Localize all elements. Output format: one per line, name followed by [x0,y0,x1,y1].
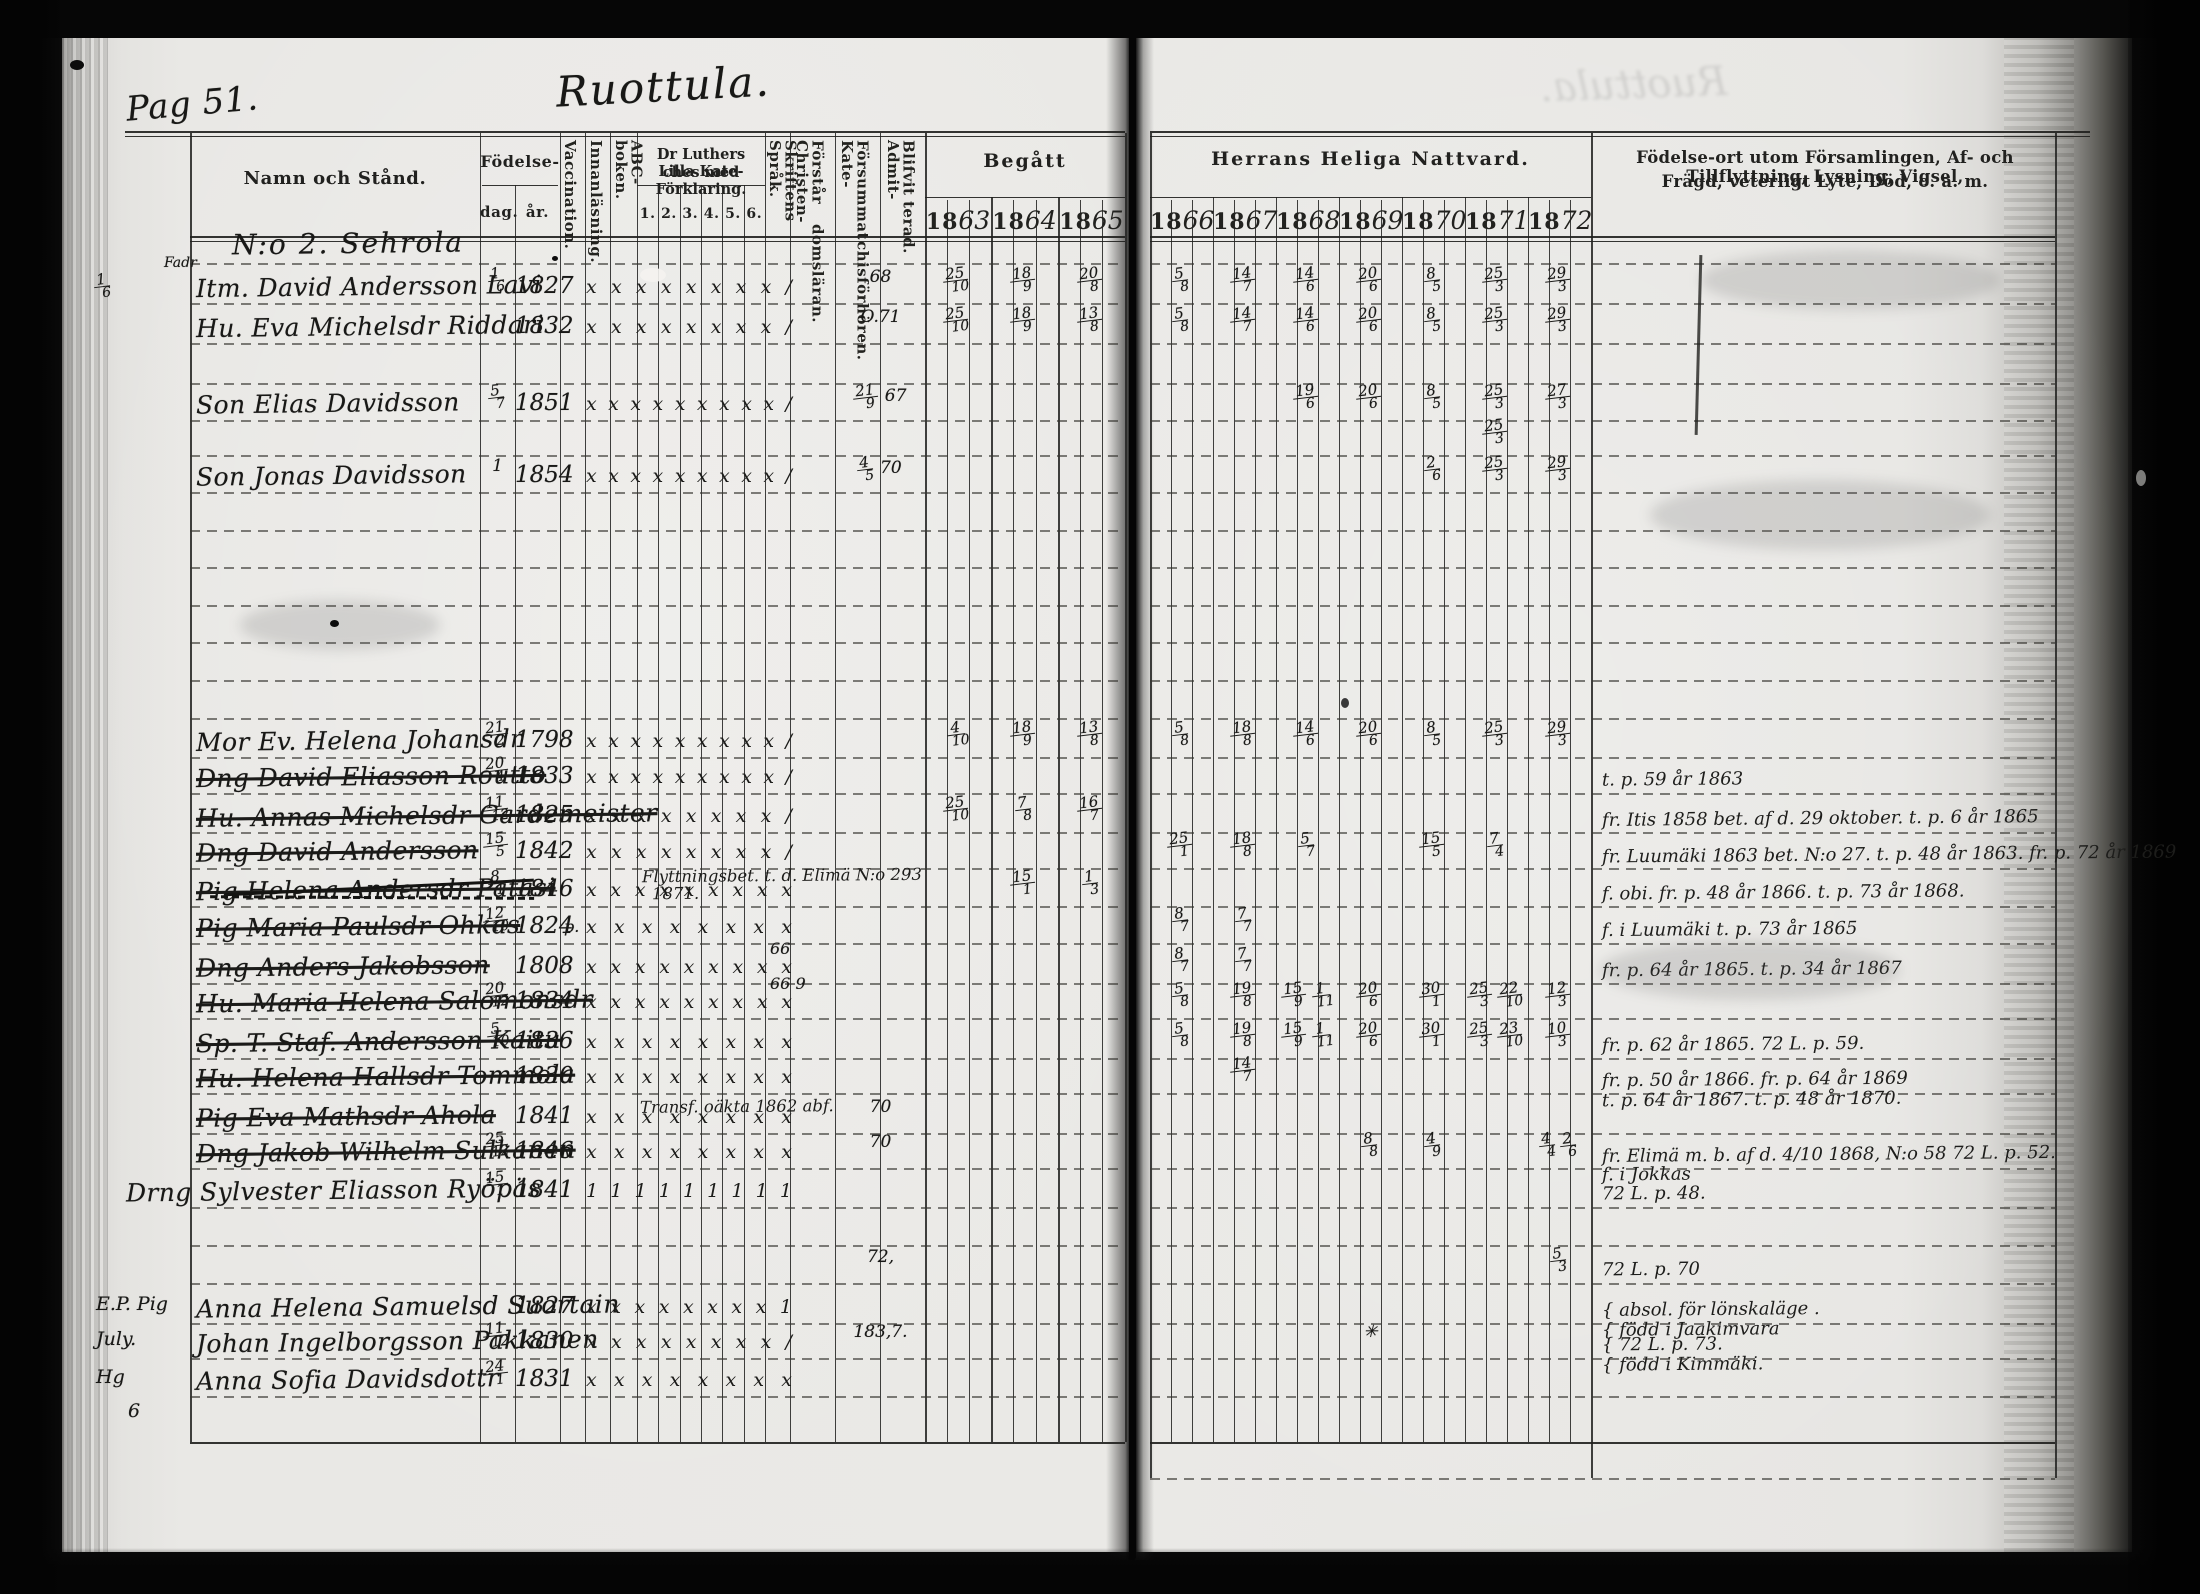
check-mark: x [684,956,695,978]
check-mark: x [653,766,664,788]
check-mark: x [611,1331,622,1353]
catechism-sub-number: 4. [701,206,722,222]
check-mark: 1 [634,1180,646,1202]
column-rule [1125,133,1127,1442]
birth-year: 1851 [515,390,561,416]
row-dashed-rule [190,1283,1125,1285]
row-rule [190,1442,1125,1444]
birth-year: 1824 [515,913,561,939]
birth-day: 510 [480,1022,515,1047]
check-mark: x [586,991,597,1013]
birth-day: 81 [480,870,515,895]
check-mark: x [753,916,764,938]
check-mark: x [586,465,597,487]
check-mark: x [611,316,622,338]
check-mark: x [675,393,686,415]
col-header-begatt: Begått [925,150,1125,172]
check-mark: x [741,465,752,487]
row-dashed-rule [190,383,1125,385]
communion-date: 147 [1213,267,1276,292]
check-mark: x [761,316,772,338]
birth-year: 1831 [515,1366,561,1392]
check-mark: x [586,1066,597,1088]
check-mark: x [711,841,722,863]
birth-day: 1112 [480,1322,515,1347]
birth-year: 1832 [515,313,561,339]
check-mark: x [736,1331,747,1353]
paper-speck [640,268,666,282]
communion-date: 88 [1339,1132,1402,1157]
birth-year: 1841 [515,1103,561,1129]
check-mark: x [763,465,774,487]
row-rule [637,185,765,186]
check-mark: 1 [731,1180,743,1202]
col-header-birth: Födelse- [480,152,560,171]
person-name: Pig Maria Paulsdr Ohkas [196,910,521,943]
communion-date: 85 [1402,267,1465,292]
check-mark: x [586,766,597,788]
reading-marks: xxxxxxxxx/ [586,465,792,487]
year-header-1865: 1865 [1058,206,1125,235]
row-dashed-rule [1150,680,2055,682]
check-mark: x [634,1296,645,1318]
check-mark: x [753,1369,764,1391]
column-rule [1255,200,1256,1442]
birth-day: 1112 [480,796,515,821]
birth-year: 1798 [515,727,561,753]
row-rule [1150,131,2090,133]
check-mark: x [725,1369,736,1391]
communion-date: 123 [1528,982,1591,1007]
notes-entry: { 72 L. p. 73. [1602,1333,1723,1355]
row-dashed-rule [190,1018,1125,1020]
birth-year: 1808 [515,953,561,979]
check-mark: / [786,730,792,752]
reading-marks: xxxxxxxxx/ [586,393,792,415]
check-mark: x [781,916,792,938]
row-dashed-rule [190,455,1125,457]
check-mark: x [761,1331,772,1353]
check-mark: x [611,805,622,827]
row-dashed-rule [190,530,1125,532]
check-mark: x [635,991,646,1013]
birth-year: 1833 [515,763,561,789]
check-mark: x [586,276,597,298]
check-mark: 1 [683,1180,695,1202]
admitted-year: O.71 [836,307,925,327]
row-rule [1150,241,2055,242]
communion-date: 206 [1339,384,1402,409]
row-dashed-rule [1150,567,2055,569]
check-mark: x [653,465,664,487]
birth-year: 1830 [515,1063,561,1089]
check-mark: x [614,1031,625,1053]
communion-date: 273 [1528,384,1591,409]
birth-day: 151 [480,1171,515,1196]
communion-date: 293 [1528,267,1591,292]
check-mark: x [708,956,719,978]
communion-date: 198 [1213,1022,1276,1047]
check-mark: x [697,465,708,487]
admitted-year: 68 [836,267,925,287]
admitted-year: 70 [836,1132,925,1152]
person-name: Drng Sylvester Eliasson Ryöpäs [126,1173,541,1207]
check-mark: / [786,316,792,338]
row-dashed-rule [1150,343,2055,345]
row-dashed-rule [1150,943,2055,945]
catechism-sub-number: 1. [637,206,658,222]
check-mark: x [636,805,647,827]
paper-speck [2136,470,2146,486]
row-dashed-rule [190,832,1125,834]
check-mark: / [786,393,792,415]
check-mark: / [786,841,792,863]
check-mark: / [786,1331,792,1353]
check-mark: x [719,393,730,415]
check-mark: x [711,1331,722,1353]
reading-marks: xxxxxxxx/ [586,316,792,338]
person-name: Son Elias Davidsson [196,387,460,419]
year-header-1863: 1863 [925,206,991,235]
admitted-year: 45 70 [836,456,925,481]
row-dashed-rule [190,906,1125,908]
communion-date: 253 [1465,307,1528,332]
row-dashed-rule [1150,1283,2055,1285]
row-dashed-rule [190,793,1125,795]
check-mark: x [670,916,681,938]
communion-date: 146 [1276,307,1339,332]
check-mark: x [642,916,653,938]
ink-speck [552,256,558,261]
year-header-1872: 1872 [1528,206,1591,235]
communion-date: 87 [1150,947,1213,972]
birth-day: 2512 [480,1132,515,1157]
check-mark: x [659,1296,670,1318]
begatt-date: 189 [991,267,1058,292]
check-mark: x [661,316,672,338]
admitted-year: 72, [836,1247,925,1267]
column-rule [1150,133,1152,1478]
row-rule [925,197,1125,198]
communion-date: 301 [1402,1022,1465,1047]
check-mark: x [711,276,722,298]
person-name: Anna Sofia Davidsdottr [196,1363,500,1396]
communion-date: 251 [1150,832,1213,857]
check-mark: x [642,1141,653,1163]
communion-date: 196 [1276,384,1339,409]
year-header-1867: 1867 [1213,206,1276,235]
check-mark: x [756,1296,767,1318]
row-dashed-rule [1150,455,2055,457]
row-rule [125,131,1125,133]
communion-date: 293 [1528,456,1591,481]
check-mark: x [661,1331,672,1353]
paper-smudge [1700,250,2000,310]
check-mark: x [757,879,768,901]
reading-marks: xxxxxxxxx/ [586,766,792,788]
check-mark: x [697,393,708,415]
margin-premark: Fadr [164,255,197,271]
catechism-sub-number: 5. [722,206,743,222]
row-dashed-rule [190,1207,1125,1209]
check-mark: x [608,766,619,788]
check-mark: x [697,730,708,752]
reading-marks: xxxxxxxx [586,1031,792,1053]
check-mark: x [686,1331,697,1353]
column-rule [1234,200,1235,1442]
row-dashed-rule [190,757,1125,759]
vaccination-mark: p. [564,917,579,936]
birth-day: 2012 [480,982,515,1007]
birth-day: 241 [480,1360,515,1385]
row-dashed-rule [190,420,1125,422]
column-rule [2055,133,2057,1478]
check-mark: x [659,991,670,1013]
communion-date: 206 [1339,982,1402,1007]
row-dashed-rule [1150,906,2055,908]
check-mark: x [635,956,646,978]
check-mark: x [732,956,743,978]
paper-smudge [240,600,440,650]
row-dashed-rule [190,680,1125,682]
check-mark: x [753,1141,764,1163]
catechism-sub-number: 6. [744,206,765,222]
birth-year: 1834 [515,988,561,1014]
check-mark: x [608,465,619,487]
notes-entry: f. i Luumäki t. p. 73 år 1865 [1602,918,1858,941]
communion-date: 253 [1465,419,1528,444]
row-dashed-rule [190,1058,1125,1060]
check-mark: / [786,805,792,827]
birth-year: 1825 [515,802,561,828]
communion-date: 206 [1339,307,1402,332]
check-mark: x [610,956,621,978]
communion-date: 301 [1402,982,1465,1007]
begatt-date: 138 [1058,721,1125,746]
check-mark: x [586,841,597,863]
communion-date: 77 [1213,907,1276,932]
check-mark: x [636,841,647,863]
bleed-through-title: Ruottula. [1539,59,1728,112]
col-header-understands: Förstår Christen-domsläran. [793,140,825,236]
communion-date: ✳ [1339,1322,1402,1342]
notes-entry: 72 L. p. 48. [1602,1183,1706,1205]
check-mark: / [786,276,792,298]
row-dashed-rule [1150,793,2055,795]
communion-date: 188 [1213,832,1276,857]
row-dashed-rule [1150,642,2055,644]
check-mark: x [659,956,670,978]
catechism-sub-number: 2. [658,206,679,222]
row-dashed-rule [1150,420,2055,422]
check-mark: x [725,1066,736,1088]
person-name: Dng Anders Jakobsson [196,950,490,983]
communion-date: 253 [1465,267,1528,292]
admitted-year: 183,7. [836,1322,925,1342]
row-dashed-rule [190,1396,1125,1398]
communion-date: 146 [1276,267,1339,292]
check-mark: x [636,316,647,338]
communion-date: 146 [1276,721,1339,746]
begatt-date: 410 [925,721,991,746]
check-mark: x [686,841,697,863]
margin-note: 6 [128,1400,140,1422]
reading-marks: xxxxxxxx/ [586,841,792,863]
check-mark: x [698,916,709,938]
communion-date: 77 [1213,947,1276,972]
check-mark: x [719,766,730,788]
col-header-reading: Innanläsning. [587,140,603,236]
check-mark: x [661,841,672,863]
row-dashed-rule [190,1168,1125,1170]
ink-speck [330,620,339,627]
row-dashed-rule [190,983,1125,985]
vaccination-mark: v [564,1142,573,1161]
notes-entry: { absol. för lönskaläge . [1602,1298,1820,1321]
reading-marks: xxxxxxxx [586,1141,792,1163]
check-mark: 1 [707,1180,719,1202]
reading-marks: xxxxxxxxx [586,956,792,978]
check-mark: x [611,841,622,863]
row-rule [1150,136,2090,137]
check-mark: x [611,276,622,298]
col-header-notes-2: Frägd, veterligt Lyte, Död, o. a. m. [1600,172,2050,191]
begatt-date: 208 [1058,267,1125,292]
check-mark: x [725,1031,736,1053]
paper-smudge [1650,480,1990,550]
row-rule [1150,236,2055,238]
row-rule [1150,1442,2055,1444]
begatt-date: 78 [991,796,1058,821]
communion-date: 253 2310 [1465,1022,1528,1047]
birth-year: 1827 [515,273,561,299]
col-header-vaccination: Vaccination. [561,140,577,236]
check-mark: x [781,879,792,901]
birth-year: 1830 [515,1328,561,1354]
col-header-name: Namn och Stånd. [190,168,480,189]
check-mark: x [698,1031,709,1053]
communion-date: 293 [1528,307,1591,332]
row-dashed-rule [190,263,1125,265]
reading-marks: xxxxxxxx/ [586,276,792,298]
check-mark: x [630,393,641,415]
communion-date: 147 [1213,1057,1276,1082]
year-header-1869: 1869 [1339,206,1402,235]
communion-date: 206 [1339,267,1402,292]
person-name: Pig Eva Mathsdr Ahola [196,1100,496,1133]
column-rule [1591,133,1593,1478]
row-rule [1150,197,1591,198]
communion-date: 53 [1528,1247,1591,1272]
check-mark: x [753,1066,764,1088]
col-header-communion: Herrans Heliga Nattvard. [1150,148,1591,170]
group-header: N:o 2. Sehrola [232,226,464,262]
check-mark: x [708,879,719,901]
check-mark: x [684,991,695,1013]
communion-date: 74 [1465,832,1528,857]
check-mark: x [736,276,747,298]
check-mark: x [725,916,736,938]
check-mark: 1 [659,1180,671,1202]
check-mark: x [670,1369,681,1391]
check-mark: x [670,1066,681,1088]
begatt-date: 189 [991,721,1058,746]
reading-marks: xxxxxxxx [586,916,792,938]
margin-note: E.P. Pig [96,1293,176,1315]
birth-year: 1842 [515,838,561,864]
check-mark: x [586,316,597,338]
row-dashed-rule [190,718,1125,720]
row-dashed-rule [1150,757,2055,759]
reading-marks: xxxxxxxx/ [586,805,792,827]
check-mark: x [675,766,686,788]
check-mark: x [586,1369,597,1391]
check-mark: x [753,1031,764,1053]
row-dashed-rule [1150,1245,2055,1247]
birth-year: 1846 [515,876,561,902]
check-mark: x [757,956,768,978]
catechism-sub-number: 3. [680,206,701,222]
check-mark: x [781,1031,792,1053]
communion-date: 253 [1465,721,1528,746]
margin-note: Hg [96,1366,176,1388]
begatt-date: 2510 [925,307,991,332]
year-header-1868: 1868 [1276,206,1339,235]
row-dashed-rule [190,1323,1125,1325]
birth-year: 1827 [515,1293,561,1319]
notes-entry: fr. Itis 1858 bet. af d. 29 oktober. t. … [1602,806,2039,831]
col-header-birth-day: dag. [480,203,515,221]
person-name: Hu. Eva Michelsdr Riddari [196,310,544,343]
check-mark: x [741,730,752,752]
column-rule [1192,200,1193,1442]
scan-edge-top [0,0,2200,38]
birth-year: 1841 [515,1177,561,1203]
communion-date: 159 111 [1276,1022,1339,1047]
communion-date: 58 [1150,982,1213,1007]
check-mark: x [630,766,641,788]
check-mark: x [708,991,719,1013]
check-mark: x [642,1066,653,1088]
communion-date: 85 [1402,384,1465,409]
scanned-parish-register: Pag 51. Ruottula. Ruottula. Namn och Stå… [0,0,2200,1594]
row-dashed-rule [1150,1133,2055,1135]
row-dashed-rule [1150,1396,2055,1398]
annotation-number: 66 [770,939,790,958]
person-name: Mor Ev. Helena Johansdr [196,724,523,757]
check-mark: x [614,1066,625,1088]
row-dashed-rule [1150,718,2055,720]
admitted-year: 219 67 [836,384,925,409]
check-mark: x [653,730,664,752]
communion-date: 49 [1402,1132,1465,1157]
begatt-date: 189 [991,307,1058,332]
paper-smudge [1600,940,1900,1000]
communion-date: 198 [1213,982,1276,1007]
birth-day: 155 [480,832,515,857]
check-mark: x [698,1369,709,1391]
person-name: Son Jonas Davidsson [196,459,467,491]
year-header-1866: 1866 [1150,206,1213,235]
check-mark: x [757,991,768,1013]
row-dashed-rule [190,1093,1125,1095]
birth-day: 16 [480,267,515,292]
check-mark: x [586,1331,597,1353]
check-mark: x [630,730,641,752]
notes-entry: fr. p. 62 år 1865. 72 L. p. 59. [1602,1033,1864,1056]
check-mark: x [636,1331,647,1353]
check-mark: x [732,991,743,1013]
